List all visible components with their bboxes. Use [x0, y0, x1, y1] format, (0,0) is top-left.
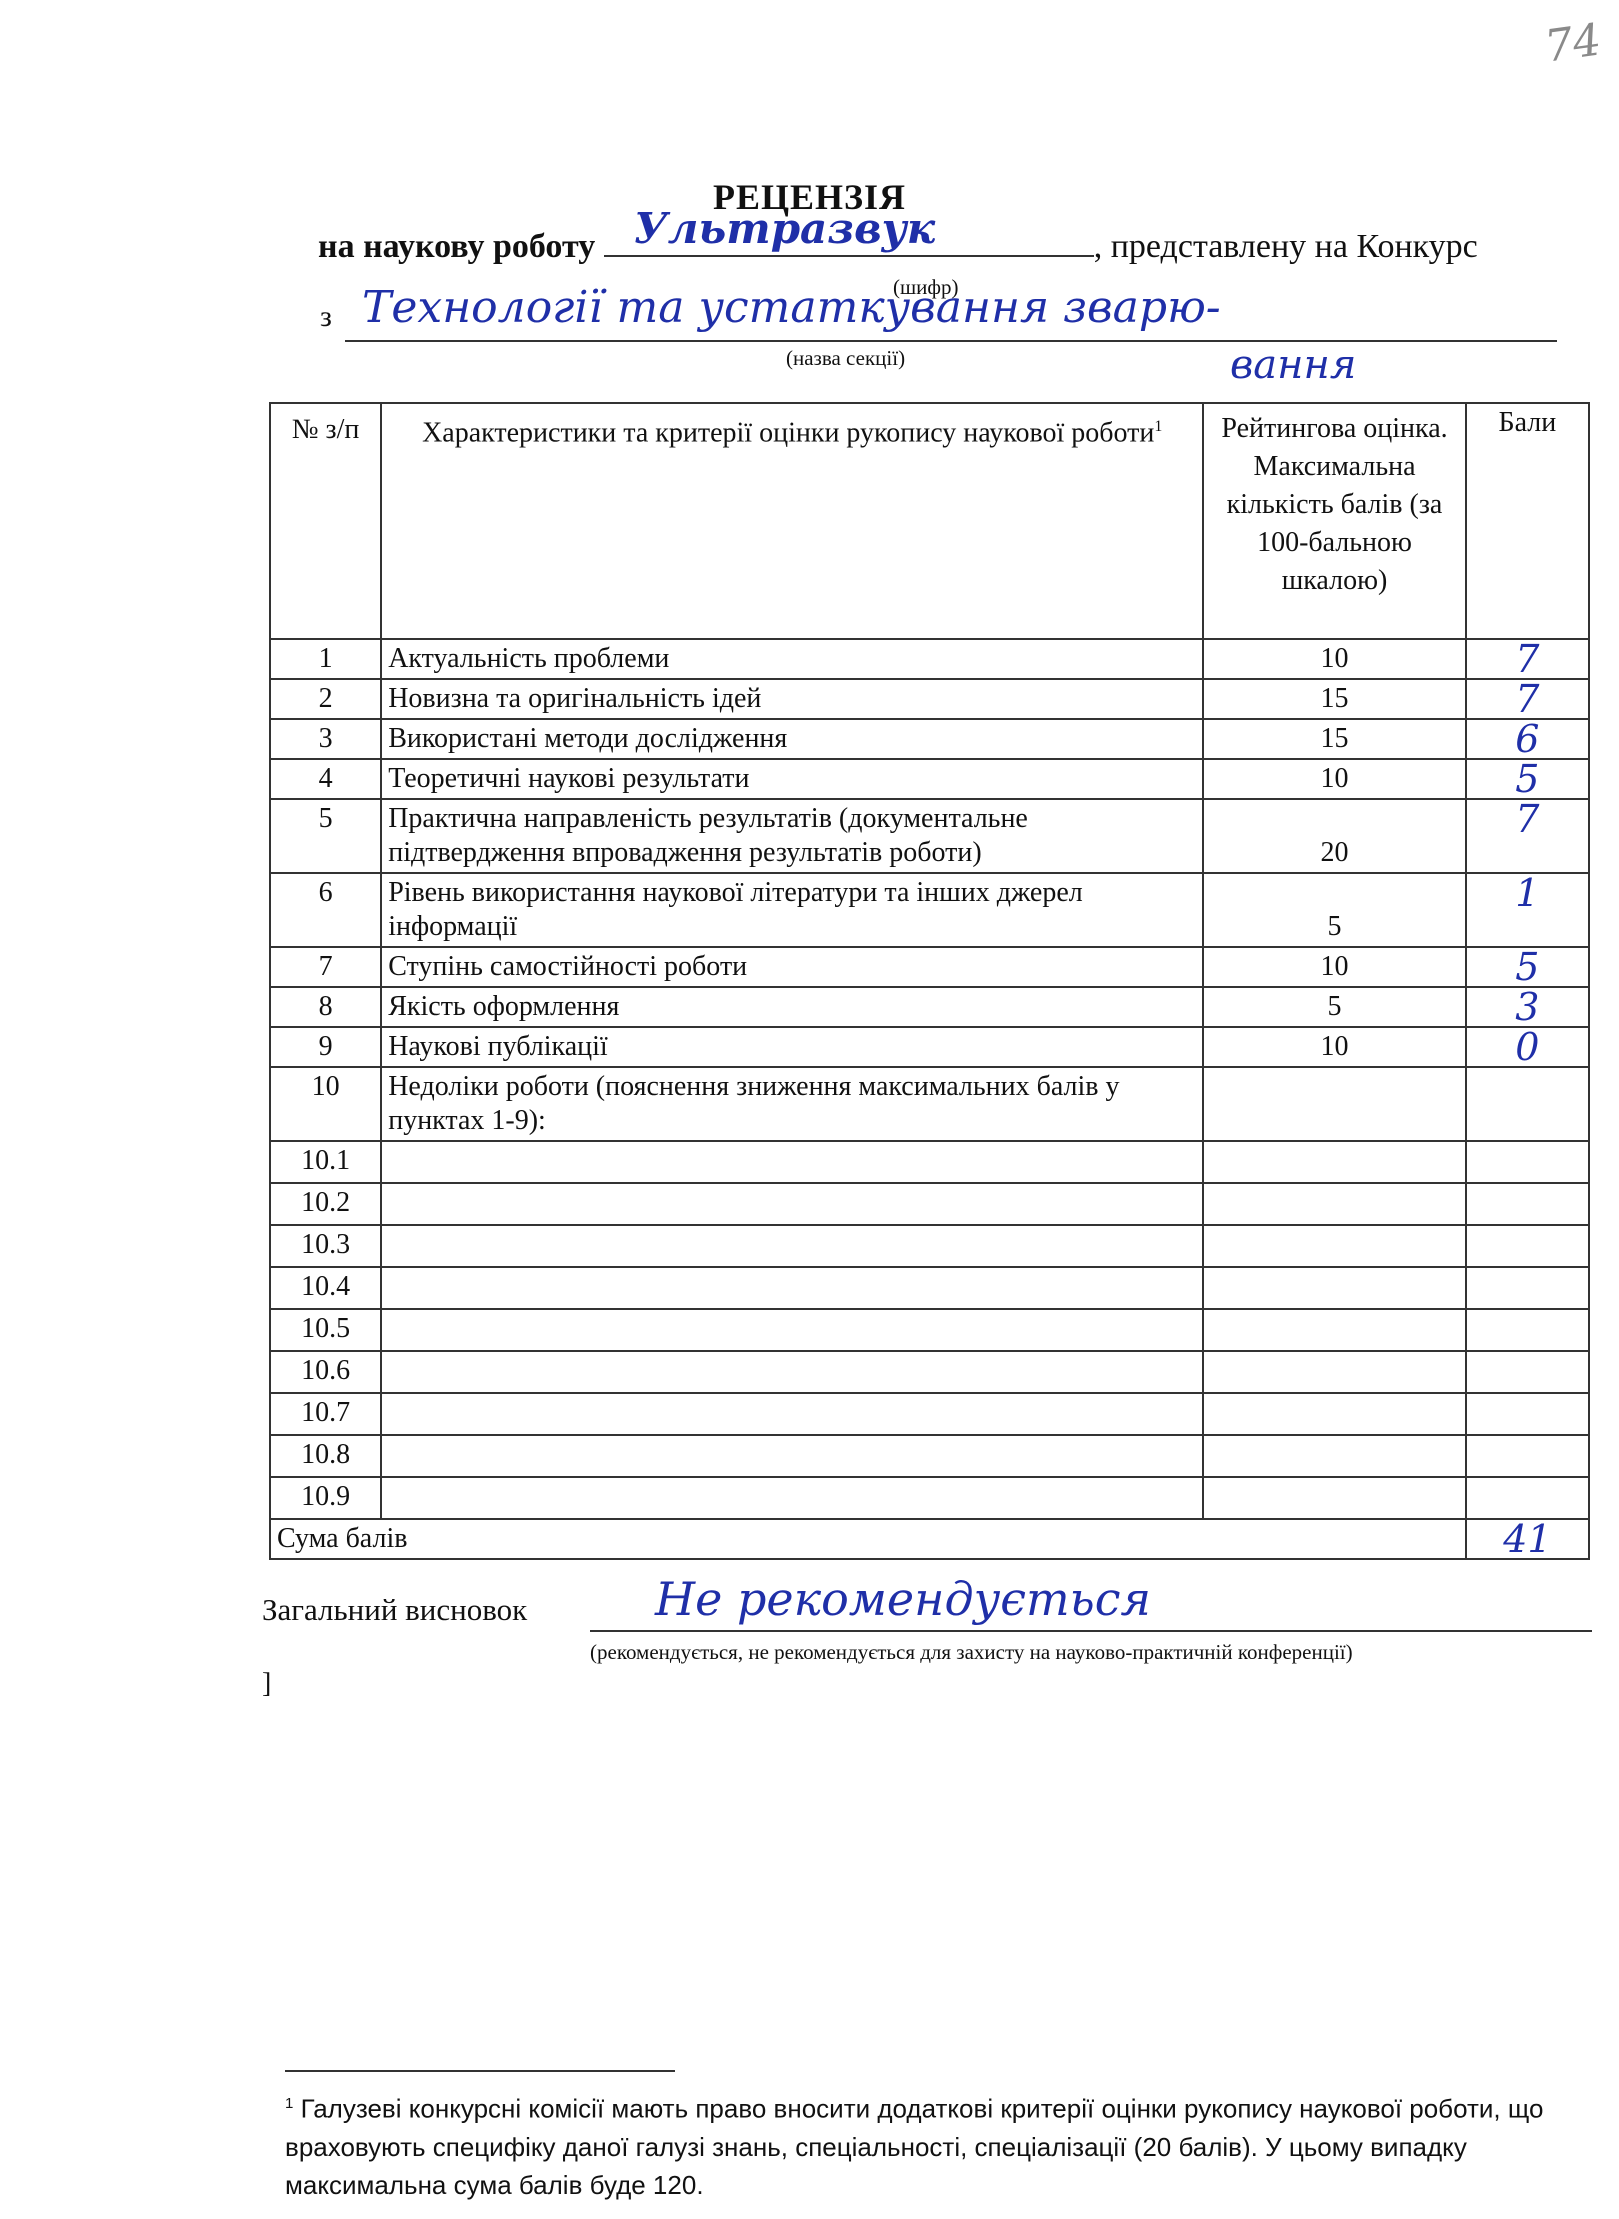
row-score[interactable]: 5 — [1466, 947, 1589, 987]
row-max-score: 10 — [1203, 947, 1466, 987]
row-score[interactable]: 6 — [1466, 719, 1589, 759]
table-subrow: 10.2 — [270, 1183, 1589, 1225]
conclusion-hint: (рекомендується, не рекомендується для з… — [590, 1640, 1353, 1665]
row-criterion: Теоретичні наукові результати — [381, 759, 1203, 799]
subrow-remark[interactable] — [381, 1309, 1203, 1351]
conclusion-field[interactable] — [590, 1630, 1592, 1632]
table-subrow: 10.5 — [270, 1309, 1589, 1351]
row-score[interactable]: 3 — [1466, 987, 1589, 1027]
table-subrow: 10.8 — [270, 1435, 1589, 1477]
subrow-remark[interactable] — [381, 1351, 1203, 1393]
table-row: 5Практична направленість результатів (до… — [270, 799, 1589, 873]
row-max-score — [1203, 1067, 1466, 1141]
subrow-score[interactable] — [1466, 1183, 1589, 1225]
table-row: 4Теоретичні наукові результати105 — [270, 759, 1589, 799]
row-criterion: Недоліки роботи (пояснення зниження макс… — [381, 1067, 1203, 1141]
table-row: 3Використані методи дослідження156 — [270, 719, 1589, 759]
subrow-score[interactable] — [1466, 1267, 1589, 1309]
subrow-score[interactable] — [1466, 1141, 1589, 1183]
table-row: 1Актуальність проблеми107 — [270, 639, 1589, 679]
subrow-remark[interactable] — [381, 1435, 1203, 1477]
subrow-score[interactable] — [1466, 1351, 1589, 1393]
work-suffix: , представлену на Конкурс — [1094, 228, 1478, 265]
subrow-remark[interactable] — [381, 1393, 1203, 1435]
subrow-max — [1203, 1393, 1466, 1435]
table-row: 7Ступінь самостійності роботи105 — [270, 947, 1589, 987]
row-score[interactable]: 7 — [1466, 639, 1589, 679]
subrow-max — [1203, 1183, 1466, 1225]
section-hint: (назва секції) — [786, 346, 905, 371]
row-criterion: Новизна та оригінальність ідей — [381, 679, 1203, 719]
subrow-score[interactable] — [1466, 1435, 1589, 1477]
row-score[interactable]: 7 — [1466, 799, 1589, 873]
conclusion-label: Загальний висновок — [262, 1592, 527, 1628]
subrow-num: 10.3 — [270, 1225, 381, 1267]
subrow-max — [1203, 1435, 1466, 1477]
row-criterion: Використані методи дослідження — [381, 719, 1203, 759]
total-score[interactable]: 41 — [1466, 1519, 1589, 1559]
subrow-max — [1203, 1141, 1466, 1183]
subrow-num: 10.1 — [270, 1141, 381, 1183]
subrow-num: 10.6 — [270, 1351, 381, 1393]
subrow-num: 10.5 — [270, 1309, 381, 1351]
subrow-num: 10.4 — [270, 1267, 381, 1309]
table-subrow: 10.4 — [270, 1267, 1589, 1309]
work-cipher-value: Ультразвук — [634, 204, 936, 253]
row-score[interactable]: 5 — [1466, 759, 1589, 799]
header-max-score: Рейтингова оцінка. Максимальна кількість… — [1203, 403, 1466, 639]
row-num: 9 — [270, 1027, 381, 1067]
row-criterion: Ступінь самостійності роботи — [381, 947, 1203, 987]
work-line: на наукову роботу Ультразвук , представл… — [318, 228, 1478, 266]
row-max-score: 5 — [1203, 873, 1466, 947]
footnote: 1 Галузеві конкурсні комісії мають право… — [285, 2085, 1585, 2204]
table-subrow: 10.9 — [270, 1477, 1589, 1519]
row-criterion: Практична направленість результатів (док… — [381, 799, 1203, 873]
review-table: № з/п Характеристики та критерії оцінки … — [269, 402, 1590, 1560]
row-score[interactable] — [1466, 1067, 1589, 1141]
subrow-score[interactable] — [1466, 1393, 1589, 1435]
work-prefix: на наукову роботу — [318, 228, 595, 265]
row-num: 3 — [270, 719, 381, 759]
table-row: 9Наукові публікації100 — [270, 1027, 1589, 1067]
section-prefix: з — [320, 300, 332, 334]
row-num: 10 — [270, 1067, 381, 1141]
row-num: 2 — [270, 679, 381, 719]
row-max-score: 15 — [1203, 679, 1466, 719]
subrow-remark[interactable] — [381, 1267, 1203, 1309]
header-score: Бали — [1466, 403, 1589, 639]
footnote-text: Галузеві конкурсні комісії мають право в… — [285, 2094, 1543, 2200]
subrow-num: 10.8 — [270, 1435, 381, 1477]
row-num: 6 — [270, 873, 381, 947]
row-max-score: 20 — [1203, 799, 1466, 873]
row-num: 1 — [270, 639, 381, 679]
footnote-divider — [285, 2070, 675, 2072]
subrow-num: 10.2 — [270, 1183, 381, 1225]
subrow-score[interactable] — [1466, 1477, 1589, 1519]
row-criterion: Рівень використання наукової літератури … — [381, 873, 1203, 947]
subrow-max — [1203, 1267, 1466, 1309]
subrow-max — [1203, 1309, 1466, 1351]
table-row: 8Якість оформлення53 — [270, 987, 1589, 1027]
row-max-score: 5 — [1203, 987, 1466, 1027]
subrow-num: 10.9 — [270, 1477, 381, 1519]
handwritten-page-number: 74 — [1542, 14, 1605, 72]
section-field[interactable] — [345, 340, 1557, 342]
subrow-score[interactable] — [1466, 1225, 1589, 1267]
stray-mark: ] — [262, 1668, 271, 1700]
row-criterion: Якість оформлення — [381, 987, 1203, 1027]
row-criterion: Наукові публікації — [381, 1027, 1203, 1067]
table-subrow: 10.3 — [270, 1225, 1589, 1267]
work-cipher-field[interactable]: Ультразвук — [604, 255, 1094, 257]
row-score[interactable]: 1 — [1466, 873, 1589, 947]
footnote-ref: 1 — [1154, 418, 1162, 435]
subrow-remark[interactable] — [381, 1225, 1203, 1267]
table-row: 6Рівень використання наукової літератури… — [270, 873, 1589, 947]
table-row: 2Новизна та оригінальність ідей157 — [270, 679, 1589, 719]
footnote-mark: 1 — [285, 2095, 293, 2112]
row-num: 8 — [270, 987, 381, 1027]
subrow-score[interactable] — [1466, 1309, 1589, 1351]
subrow-remark[interactable] — [381, 1141, 1203, 1183]
subrow-max — [1203, 1351, 1466, 1393]
conclusion-value: Не рекомендується — [655, 1572, 1151, 1626]
row-num: 7 — [270, 947, 381, 987]
table-row: 10Недоліки роботи (пояснення зниження ма… — [270, 1067, 1589, 1141]
row-num: 5 — [270, 799, 381, 873]
row-num: 4 — [270, 759, 381, 799]
total-label: Сума балів — [270, 1519, 1466, 1559]
table-subrow: 10.6 — [270, 1351, 1589, 1393]
row-score[interactable]: 7 — [1466, 679, 1589, 719]
row-score[interactable]: 0 — [1466, 1027, 1589, 1067]
row-max-score: 15 — [1203, 719, 1466, 759]
subrow-remark[interactable] — [381, 1477, 1203, 1519]
table-header-row: № з/п Характеристики та критерії оцінки … — [270, 403, 1589, 639]
row-max-score: 10 — [1203, 759, 1466, 799]
header-criteria: Характеристики та критерії оцінки рукопи… — [381, 403, 1203, 639]
section-name-value: Технології та устаткування зварю- — [362, 282, 1221, 333]
subrow-num: 10.7 — [270, 1393, 381, 1435]
subrow-max — [1203, 1225, 1466, 1267]
row-max-score: 10 — [1203, 639, 1466, 679]
row-max-score: 10 — [1203, 1027, 1466, 1067]
subrow-remark[interactable] — [381, 1183, 1203, 1225]
table-subrow: 10.7 — [270, 1393, 1589, 1435]
row-criterion: Актуальність проблеми — [381, 639, 1203, 679]
table-subrow: 10.1 — [270, 1141, 1589, 1183]
subrow-max — [1203, 1477, 1466, 1519]
header-num: № з/п — [270, 403, 381, 639]
section-name-continuation: вання — [1230, 342, 1356, 388]
total-row: Сума балів 41 — [270, 1519, 1589, 1559]
